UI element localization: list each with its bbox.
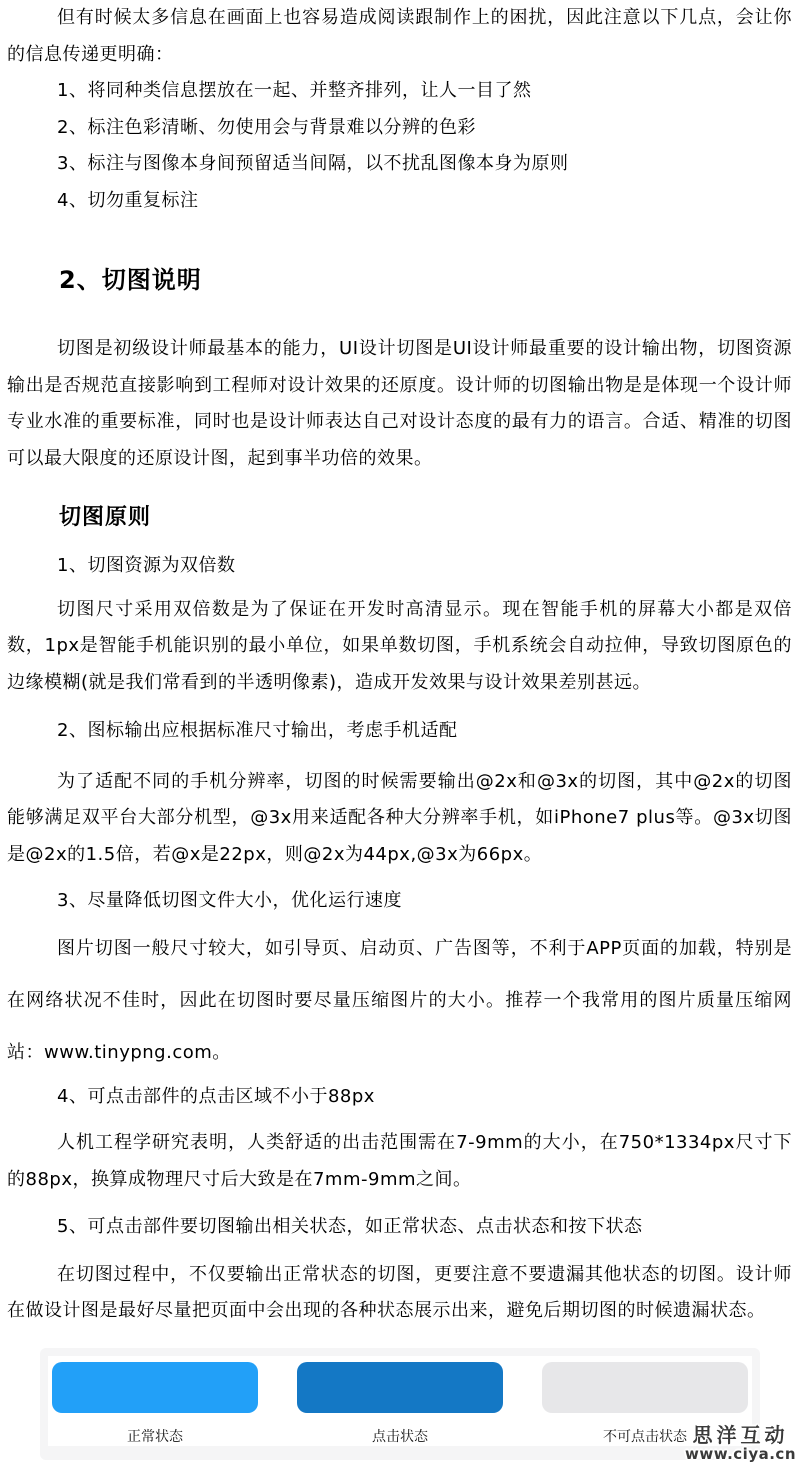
tip-item: 4、切勿重复标注 [7, 183, 792, 220]
principles-title: 切图原则 [59, 500, 792, 536]
disabled-state-button[interactable] [542, 1362, 748, 1413]
watermark-url: www.ciya.cn [685, 1446, 796, 1462]
principle-body: 人机工程学研究表明，人类舒适的出击范围需在7-9mm的大小，在750*1334p… [7, 1125, 792, 1198]
principle-title: 5、可点击部件要切图输出相关状态，如正常状态、点击状态和按下状态 [7, 1209, 792, 1246]
principle-body: 切图尺寸采用双倍数是为了保证在开发时高清显示。现在智能手机的屏幕大小都是双倍数，… [7, 592, 792, 702]
normal-state-button[interactable] [52, 1362, 258, 1413]
button-states-card: 正常状态 点击状态 不可点击状态 [48, 1356, 752, 1446]
pressed-state-button[interactable] [297, 1362, 503, 1413]
normal-state-caption: 正常状态 [127, 1430, 183, 1445]
tip-item: 3、标注与图像本身间预留适当间隔，以不扰乱图像本身为原则 [7, 146, 792, 183]
annotation-tip-list: 1、将同种类信息摆放在一起、并整齐排列，让人一目了然 2、标注色彩清晰、勿使用会… [7, 73, 792, 219]
section-intro-paragraph: 切图是初级设计师最基本的能力，UI设计切图是UI设计师最重要的设计输出物，切图资… [7, 331, 792, 477]
tip-item: 1、将同种类信息摆放在一起、并整齐排列，让人一目了然 [7, 73, 792, 110]
pressed-state-column: 点击状态 [297, 1362, 503, 1446]
normal-state-column: 正常状态 [52, 1362, 258, 1446]
principle-title: 4、可点击部件的点击区域不小于88px [7, 1079, 792, 1116]
principle-body: 为了适配不同的手机分辨率，切图的时候需要输出@2x和@3x的切图，其中@2x的切… [7, 764, 792, 874]
tip-item: 2、标注色彩清晰、勿使用会与背景难以分辨的色彩 [7, 110, 792, 147]
intro-paragraph: 但有时候太多信息在画面上也容易造成阅读跟制作上的困扰，因此注意以下几点，会让你的… [7, 0, 792, 73]
principle-title: 2、图标输出应根据标准尺寸输出，考虑手机适配 [7, 713, 792, 750]
section-title: 2、切图说明 [59, 262, 792, 298]
principle-body: 在切图过程中，不仅要输出正常状态的切图，更要注意不要遗漏其他状态的切图。设计师在… [7, 1257, 792, 1330]
principle-body: 图片切图一般尺寸较大，如引导页、启动页、广告图等，不利于APP页面的加载，特别是… [7, 923, 792, 1079]
button-states-figure: 正常状态 点击状态 不可点击状态 [40, 1348, 760, 1460]
watermark-brand: 思洋互动 [685, 1424, 796, 1446]
pressed-state-caption: 点击状态 [372, 1430, 428, 1445]
article: 但有时候太多信息在画面上也容易造成阅读跟制作上的困扰，因此注意以下几点，会让你的… [0, 0, 800, 1460]
principle-title: 3、尽量降低切图文件大小，优化运行速度 [7, 883, 792, 920]
disabled-state-caption: 不可点击状态 [603, 1430, 687, 1445]
watermark: 思洋互动 www.ciya.cn [685, 1424, 796, 1462]
principle-title: 1、切图资源为双倍数 [7, 548, 792, 585]
